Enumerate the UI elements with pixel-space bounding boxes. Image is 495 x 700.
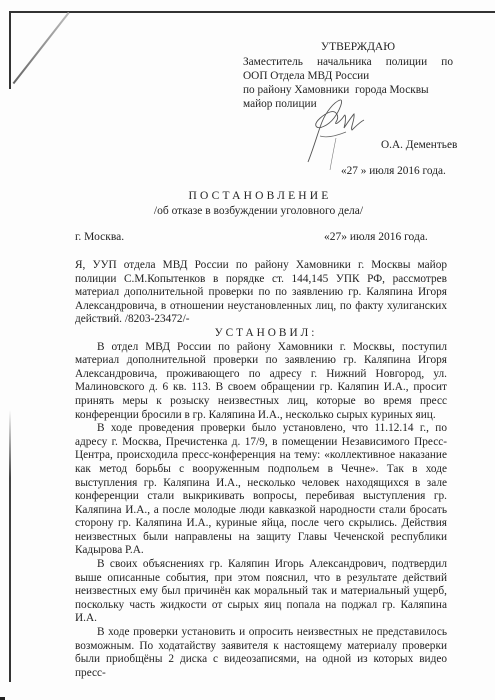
- body-paragraph: В своих объяснениях гр. Каляпин Игорь Ал…: [75, 558, 447, 626]
- approval-signatory: О.А. Дементьев: [381, 138, 457, 152]
- body-paragraph: В ходе проверки установить и опросить не…: [75, 626, 447, 680]
- approval-position-line-2: ООП Отдела МВД России: [243, 69, 453, 83]
- document-page: УТВЕРЖДАЮ Заместитель начальника полиции…: [0, 0, 495, 700]
- word: Заместитель: [243, 55, 303, 69]
- scan-edge-left: [9, 410, 11, 682]
- document-body: Я, УУП отдела МВД России по району Хамов…: [75, 259, 447, 680]
- word: полиции: [386, 55, 427, 69]
- body-paragraph: В ходе проведения проверки было установл…: [75, 422, 447, 558]
- body-paragraph: В отдел МВД России по району Хамовники г…: [75, 341, 447, 423]
- approval-title: УТВЕРЖДАЮ: [243, 40, 453, 54]
- document-date: «27» июля 2016 года.: [324, 231, 428, 243]
- scan-edge-left-top: [9, 11, 11, 89]
- document-subtitle: /об отказе в возбуждении уголовного дела…: [0, 205, 495, 217]
- word: по: [441, 55, 453, 69]
- document-title: ПОСТАНОВЛЕНИЕ: [0, 190, 495, 202]
- scan-edge-top: [9, 11, 495, 13]
- signature-icon: [300, 92, 370, 172]
- section-heading: УСТАНОВИЛ:: [75, 327, 447, 341]
- intro-paragraph: Я, УУП отдела МВД России по району Хамов…: [75, 259, 447, 327]
- approval-position-line-1: Заместитель начальника полиции по: [243, 55, 453, 69]
- document-place: г. Москва.: [75, 231, 124, 243]
- word: начальника: [317, 55, 372, 69]
- folded-corner-edge: [13, 12, 70, 84]
